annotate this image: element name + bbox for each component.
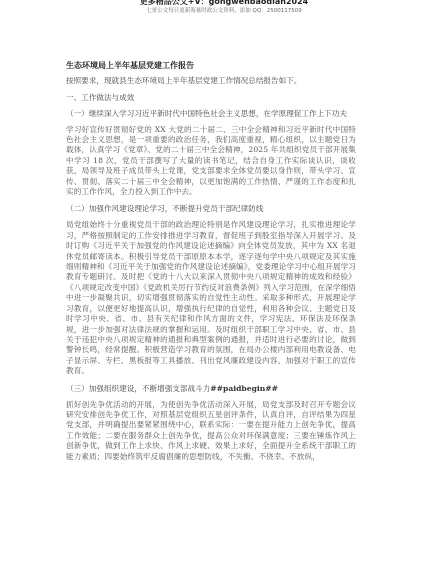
subsection-body-2: 局党组始终十分重视党员干部的政治理论特别是作风建设理论学习，扎实推进理论学习，严… xyxy=(66,220,356,376)
promo-subline: 七哥公文每日更新海量时政公文资料，添加 QQ：2500117509 xyxy=(0,7,448,15)
intro-paragraph: 按照要求，现就县生态环境局上半年基层党建工作情况总结报告如下。 xyxy=(66,76,356,87)
promo-line: 更多精品公文+V：gongwenbaodian2024 xyxy=(0,0,448,6)
subsection-body-1: 学习好宣传好贯彻好党的 XX 大党的二十届二、三中全会精神和习近平新时代中国特色… xyxy=(66,125,356,198)
page-header: 更多精品公文+V：gongwenbaodian2024 七哥公文每日更新海量时政… xyxy=(0,0,448,15)
document-title: 生态环境局上半年基层党建工作报告 xyxy=(66,60,356,72)
subsection-heading-2: （二）加强作风建设理论学习，不断提升党员干部纪律防线 xyxy=(66,203,356,214)
paid-marker: ##paidbegin## xyxy=(210,384,278,393)
document-body: 生态环境局上半年基层党建工作报告 按照要求，现就县生态环境局上半年基层党建工作情… xyxy=(66,60,356,468)
subsection-heading-1: （一）继续深入学习习近平新时代中国特色社会主义思想，在学原理促工作上下功夫 xyxy=(66,108,356,119)
subsection-heading-3: （三）加强组织建设，不断增强支部战斗力##paidbegin## xyxy=(66,383,356,394)
section-heading: 一、工作做法与成效 xyxy=(66,92,356,104)
subsection-body-3: 抓好创先争优活动的开展，为使创先争优活动深入开展，局党支部及时召开专题会议研究安… xyxy=(66,400,356,462)
subsection-heading-3-text: （三）加强组织建设，不断增强支部战斗力 xyxy=(66,384,210,393)
